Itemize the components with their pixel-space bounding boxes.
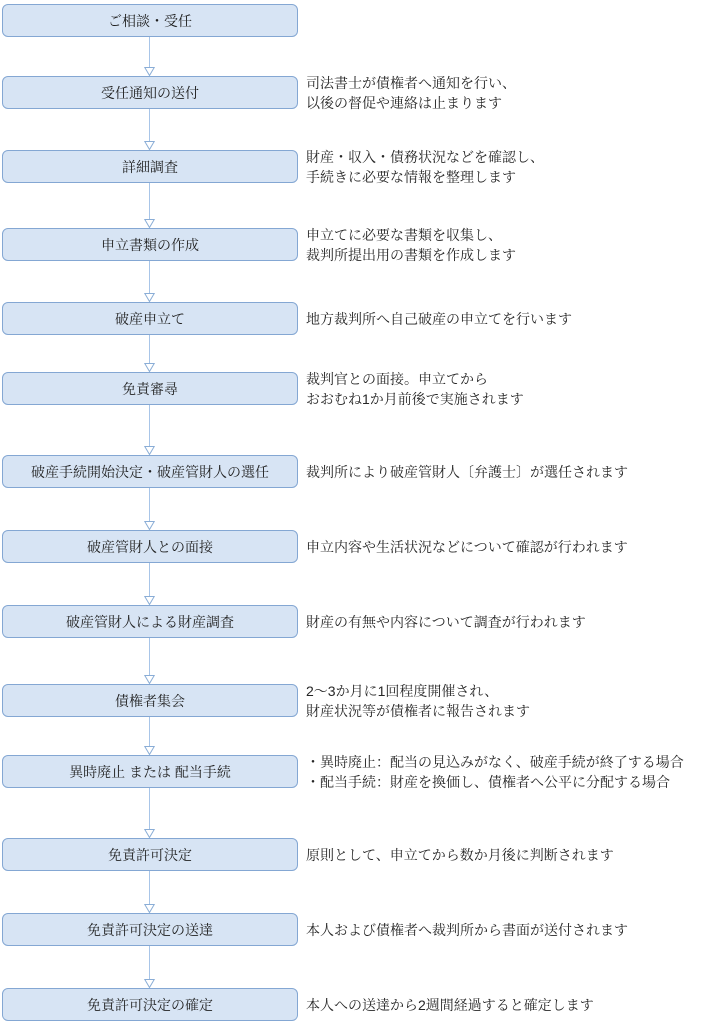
arrow-down-icon [144, 946, 156, 988]
flow-row: 受任通知の送付 司法書士が債権者へ通知を行い、 以後の督促や連絡は止まります [0, 76, 728, 109]
arrow-down-icon [144, 488, 156, 530]
flow-step-box: 異時廃止 または 配当手続 [2, 755, 298, 788]
flow-step-label: 破産申立て [115, 309, 185, 329]
flow-step-box: 受任通知の送付 [2, 76, 298, 109]
arrow-down-icon [144, 788, 156, 838]
flow-row: 免責許可決定の確定 本人への送達から2週間経過すると確定します [0, 988, 728, 1021]
arrow-down-icon [144, 871, 156, 913]
flow-step-label: 破産管財人による財産調査 [66, 612, 234, 632]
flow-step-label: 免責審尋 [122, 379, 178, 399]
flow-step-label: 異時廃止 または 配当手続 [69, 762, 231, 782]
arrow-down-icon [144, 638, 156, 684]
flow-step-box: 免責許可決定の確定 [2, 988, 298, 1021]
arrow-down-icon [144, 717, 156, 755]
flow-step-box: 申立書類の作成 [2, 228, 298, 261]
flow-step-label: 破産管財人との面接 [87, 537, 213, 557]
arrow-down-icon [144, 37, 156, 76]
flow-step-description: 本人への送達から2週間経過すると確定します [306, 995, 594, 1015]
flow-step-description: 財産の有無や内容について調査が行われます [306, 612, 586, 632]
flow-step-label: 受任通知の送付 [101, 83, 199, 103]
flow-step-box: 詳細調査 [2, 150, 298, 183]
flow-step-box: 免責許可決定 [2, 838, 298, 871]
flow-step-description: ・異時廃止：配当の見込みがなく、破産手続が終了する場合 ・配当手続：財産を換価し… [306, 752, 684, 792]
flow-row: 破産管財人との面接 申立内容や生活状況などについて確認が行われます [0, 530, 728, 563]
flow-step-label: 免責許可決定の確定 [87, 995, 213, 1015]
flow-step-box: 破産手続開始決定・破産管財人の選任 [2, 455, 298, 488]
flow-row: 申立書類の作成 申立てに必要な書類を収集し、 裁判所提出用の書類を作成します [0, 228, 728, 261]
flow-step-label: 債権者集会 [115, 691, 185, 711]
flow-step-description: 司法書士が債権者へ通知を行い、 以後の督促や連絡は止まります [306, 73, 516, 113]
flow-step-description: 裁判所により破産管財人〔弁護士〕が選任されます [306, 462, 628, 482]
flow-step-description: 裁判官との面接。申立てから おおむね1か月前後で実施されます [306, 369, 524, 409]
arrow-down-icon [144, 335, 156, 372]
flow-row: 免責許可決定の送達 本人および債権者へ裁判所から書面が送付されます [0, 913, 728, 946]
arrow-down-icon [144, 109, 156, 150]
flow-row: 詳細調査 財産・収入・債務状況などを確認し、 手続きに必要な情報を整理します [0, 150, 728, 183]
flow-step-description: 地方裁判所へ自己破産の申立てを行います [306, 309, 572, 329]
flow-step-label: 申立書類の作成 [101, 235, 199, 255]
flow-row: 免責許可決定 原則として、申立てから数か月後に判断されます [0, 838, 728, 871]
flow-step-description: 財産・収入・債務状況などを確認し、 手続きに必要な情報を整理します [306, 147, 544, 187]
flow-row: 破産管財人による財産調査 財産の有無や内容について調査が行われます [0, 605, 728, 638]
arrow-down-icon [144, 183, 156, 228]
flow-step-label: 詳細調査 [122, 157, 178, 177]
flow-row: 債権者集会 2～3か月に1回程度開催され、 財産状況等が債権者に報告されます [0, 684, 728, 717]
flow-step-description: 本人および債権者へ裁判所から書面が送付されます [306, 920, 628, 940]
arrow-down-icon [144, 563, 156, 605]
flow-step-box: 債権者集会 [2, 684, 298, 717]
flow-row: 破産申立て 地方裁判所へ自己破産の申立てを行います [0, 302, 728, 335]
flow-step-box: 破産申立て [2, 302, 298, 335]
flow-step-box: 免責審尋 [2, 372, 298, 405]
flow-step-box: 破産管財人による財産調査 [2, 605, 298, 638]
flow-row: 異時廃止 または 配当手続 ・異時廃止：配当の見込みがなく、破産手続が終了する場… [0, 755, 728, 788]
bankruptcy-flowchart: ご相談・受任 受任通知の送付 司法書士が債権者へ通知を行い、 以後の督促や連絡は… [0, 0, 728, 1024]
flow-row: ご相談・受任 [0, 4, 728, 37]
flow-step-description: 2～3か月に1回程度開催され、 財産状況等が債権者に報告されます [306, 681, 530, 721]
arrow-down-icon [144, 405, 156, 455]
flow-step-box: 破産管財人との面接 [2, 530, 298, 563]
flow-step-description: 原則として、申立てから数か月後に判断されます [306, 845, 614, 865]
flow-step-description: 申立内容や生活状況などについて確認が行われます [306, 537, 628, 557]
flow-step-description: 申立てに必要な書類を収集し、 裁判所提出用の書類を作成します [306, 225, 516, 265]
flow-step-label: 破産手続開始決定・破産管財人の選任 [31, 462, 269, 482]
flow-step-box: 免責許可決定の送達 [2, 913, 298, 946]
flow-row: 免責審尋 裁判官との面接。申立てから おおむね1か月前後で実施されます [0, 372, 728, 405]
flow-step-label: 免責許可決定 [108, 845, 192, 865]
flow-row: 破産手続開始決定・破産管財人の選任 裁判所により破産管財人〔弁護士〕が選任されま… [0, 455, 728, 488]
flow-step-label: 免責許可決定の送達 [87, 920, 213, 940]
arrow-down-icon [144, 261, 156, 302]
flow-step-box: ご相談・受任 [2, 4, 298, 37]
flow-step-label: ご相談・受任 [108, 11, 192, 31]
